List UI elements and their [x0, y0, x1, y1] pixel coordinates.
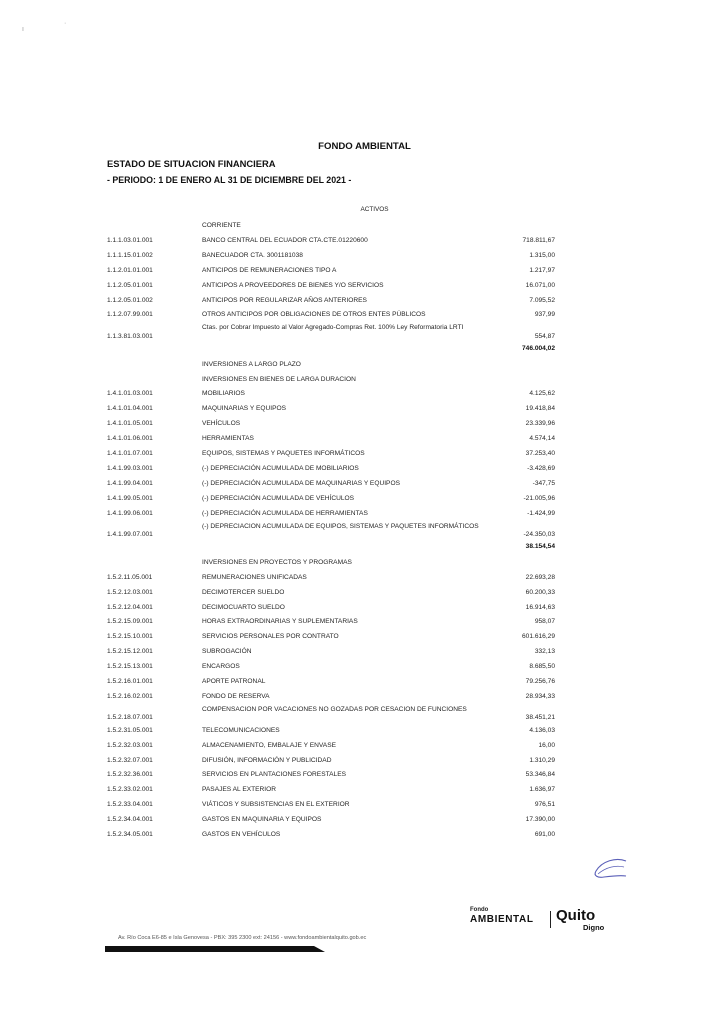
account-amount: 746.004,02 [522, 345, 555, 354]
account-code: 1.4.1.01.05.001 [107, 420, 153, 429]
account-amount: 53.346,84 [526, 771, 555, 780]
account-description: COMPENSACION POR VACACIONES NO GOZADAS P… [202, 706, 502, 715]
account-description: DECIMOTERCER SUELDO [202, 589, 502, 598]
account-amount: 976,51 [535, 801, 555, 810]
account-code: 1.1.1.15.01.002 [107, 252, 153, 261]
account-code: 1.5.2.33.04.001 [107, 801, 153, 810]
account-amount: 1.217,97 [529, 267, 555, 276]
account-description: DECIMOCUARTO SUELDO [202, 604, 502, 613]
account-code: 1.5.2.32.36.001 [107, 771, 153, 780]
account-amount: 958,07 [535, 618, 555, 627]
account-description: EQUIPOS, SISTEMAS Y PAQUETES INFORMÁTICO… [202, 450, 502, 459]
account-description: (-) DEPRECIACIÓN ACUMULADA DE HERRAMIENT… [202, 510, 502, 519]
account-description: PASAJES AL EXTERIOR [202, 786, 502, 795]
account-description: ALMACENAMIENTO, EMBALAJE Y ENVASE [202, 742, 502, 751]
account-code: 1.5.2.32.03.001 [107, 742, 153, 751]
account-description: MOBILIARIOS [202, 390, 502, 399]
account-code: 1.4.1.99.07.001 [107, 531, 153, 540]
account-description: GASTOS EN MAQUINARIA Y EQUIPOS [202, 816, 502, 825]
account-code: 1.5.2.15.09.001 [107, 618, 153, 627]
account-amount: -24.350,03 [523, 531, 555, 540]
organization-name: FONDO AMBIENTAL [0, 141, 725, 152]
account-code: 1.1.2.01.01.001 [107, 267, 153, 276]
account-code: 1.5.2.12.04.001 [107, 604, 153, 613]
account-code: 1.5.2.12.03.001 [107, 589, 153, 598]
account-amount: 937,99 [535, 311, 555, 320]
account-code: 1.1.2.07.99.001 [107, 311, 153, 320]
account-description: ANTICIPOS DE REMUNERACIONES TIPO A [202, 267, 502, 276]
account-description: ENCARGOS [202, 663, 502, 672]
account-description: FONDO DE RESERVA [202, 693, 502, 702]
account-code: 1.5.2.34.05.001 [107, 831, 153, 840]
account-code: 1.5.2.11.05.001 [107, 574, 152, 583]
account-amount: 718.811,67 [522, 237, 555, 246]
account-description: BANCO CENTRAL DEL ECUADOR CTA.CTE.012206… [202, 237, 502, 246]
account-description: (-) DEPRECIACIÓN ACUMULADA DE MAQUINARIA… [202, 480, 502, 489]
logo-fondo-text: Fondo [470, 907, 488, 913]
account-description: ANTICIPOS A PROVEEDORES DE BIENES Y/O SE… [202, 282, 502, 291]
account-code: 1.5.2.32.07.001 [107, 757, 153, 766]
account-amount: 19.418,84 [526, 405, 555, 414]
account-code: 1.4.1.99.06.001 [107, 510, 153, 519]
signature-mark [590, 855, 630, 883]
account-description: INVERSIONES EN PROYECTOS Y PROGRAMAS [202, 559, 502, 568]
account-code: 1.1.3.81.03.001 [107, 333, 153, 342]
account-amount: 37.253,40 [526, 450, 555, 459]
account-code: 1.4.1.99.03.001 [107, 465, 153, 474]
account-amount: 601.616,29 [522, 633, 555, 642]
document-title: ESTADO DE SITUACION FINANCIERA [107, 158, 276, 169]
account-description: SERVICIOS PERSONALES POR CONTRATO [202, 633, 502, 642]
account-amount: 7.095,52 [529, 297, 555, 306]
account-description: OTROS ANTICIPOS POR OBLIGACIONES DE OTRO… [202, 311, 502, 320]
account-description: INVERSIONES EN BIENES DE LARGA DURACION [202, 376, 502, 385]
account-code: 1.5.2.16.02.001 [107, 693, 153, 702]
account-description: SERVICIOS EN PLANTACIONES FORESTALES [202, 771, 502, 780]
account-code: 1.4.1.01.07.001 [107, 450, 153, 459]
account-description: TELECOMUNICACIONES [202, 727, 502, 736]
account-code: 1.4.1.99.05.001 [107, 495, 153, 504]
account-code: 1.5.2.31.05.001 [107, 727, 153, 736]
account-code: 1.1.1.03.01.001 [107, 237, 153, 246]
logo-digno-text: Digno [583, 923, 604, 932]
account-description: (-) DEPRECIACIÓN ACUMULADA DE MOBILIARIO… [202, 465, 502, 474]
account-description: SUBROGACIÓN [202, 648, 502, 657]
account-code: 1.5.2.15.13.001 [107, 663, 153, 672]
account-description: (-) DEPRECIACIÓN ACUMULADA DE VEHÍCULOS [202, 495, 502, 504]
section-heading-activos: ACTIVOS [0, 206, 725, 213]
account-amount: 332,13 [535, 648, 555, 657]
account-description: BANECUADOR CTA. 3001181038 [202, 252, 502, 261]
account-amount: 17.390,00 [526, 816, 555, 825]
account-amount: -3.428,69 [527, 465, 555, 474]
account-amount: 4.574,14 [529, 435, 555, 444]
account-code: 1.5.2.15.12.001 [107, 648, 153, 657]
scan-artifact-mark: ı [22, 26, 24, 33]
account-code: 1.5.2.18.07.001 [107, 714, 153, 723]
account-amount: 22.693,28 [526, 574, 555, 583]
account-code: 1.4.1.01.03.001 [107, 390, 153, 399]
account-code: 1.4.1.99.04.001 [107, 480, 153, 489]
account-amount: 38.154,54 [526, 543, 555, 552]
account-amount: 16.071,00 [526, 282, 555, 291]
logo-divider [550, 911, 551, 928]
account-amount: -347,75 [533, 480, 555, 489]
account-amount: 1.636,97 [529, 786, 555, 795]
footer-decorative-bar [105, 946, 325, 952]
account-code: 1.1.2.05.01.002 [107, 297, 153, 306]
account-code: 1.4.1.01.04.001 [107, 405, 153, 414]
account-description: REMUNERACIONES UNIFICADAS [202, 574, 502, 583]
fondo-ambiental-quito-logo: Fondo AMBIENTAL Quito Digno [470, 907, 620, 933]
account-description: DIFUSIÓN, INFORMACIÓN Y PUBLICIDAD [202, 757, 502, 766]
account-description: (-) DEPRECIACION ACUMULADA DE EQUIPOS, S… [202, 523, 502, 532]
account-description: INVERSIONES A LARGO PLAZO [202, 361, 502, 370]
account-description: MAQUINARIAS Y EQUIPOS [202, 405, 502, 414]
account-code: 1.4.1.01.06.001 [107, 435, 153, 444]
account-amount: 1.310,29 [529, 757, 555, 766]
account-code: 1.1.2.05.01.001 [107, 282, 153, 291]
account-amount: 4.125,62 [529, 390, 555, 399]
scan-artifact-mark: · [64, 20, 66, 27]
account-description: VIÁTICOS Y SUBSISTENCIAS EN EL EXTERIOR [202, 801, 502, 810]
account-code: 1.5.2.33.02.001 [107, 786, 153, 795]
account-amount: 16,00 [538, 742, 555, 751]
account-code: 1.5.2.16.01.001 [107, 678, 153, 687]
account-description: CORRIENTE [202, 222, 502, 231]
account-code: 1.5.2.34.04.001 [107, 816, 153, 825]
account-description: APORTE PATRONAL [202, 678, 502, 687]
account-amount: 79.256,76 [526, 678, 555, 687]
logo-quito-text: Quito [556, 907, 595, 924]
account-amount: 23.339,96 [526, 420, 555, 429]
logo-ambiental-text: AMBIENTAL [470, 914, 534, 925]
account-amount: 8.685,50 [529, 663, 555, 672]
account-amount: 38.451,21 [526, 714, 555, 723]
account-description: VEHÍCULOS [202, 420, 502, 429]
account-description: ANTICIPOS POR REGULARIZAR AÑOS ANTERIORE… [202, 297, 502, 306]
account-amount: 4.136,03 [529, 727, 555, 736]
account-code: 1.5.2.15.10.001 [107, 633, 153, 642]
footer-address: Av. Río Coca E6-85 e Isla Genovesa - PBX… [118, 935, 366, 941]
account-description: HERRAMIENTAS [202, 435, 502, 444]
account-amount: 16.914,63 [526, 604, 555, 613]
account-description: HORAS EXTRAORDINARIAS Y SUPLEMENTARIAS [202, 618, 502, 627]
account-description: GASTOS EN VEHÍCULOS [202, 831, 502, 840]
account-amount: -1.424,99 [527, 510, 555, 519]
account-amount: 691,00 [535, 831, 555, 840]
account-amount: 554,87 [535, 333, 555, 342]
reporting-period: - PERIODO: 1 DE ENERO AL 31 DE DICIEMBRE… [107, 175, 351, 185]
account-amount: -21.005,96 [523, 495, 555, 504]
account-amount: 28.934,33 [526, 693, 555, 702]
account-description: Ctas. por Cobrar Impuesto al Valor Agreg… [202, 324, 502, 333]
account-amount: 1.315,00 [529, 252, 555, 261]
account-amount: 60.200,33 [526, 589, 555, 598]
